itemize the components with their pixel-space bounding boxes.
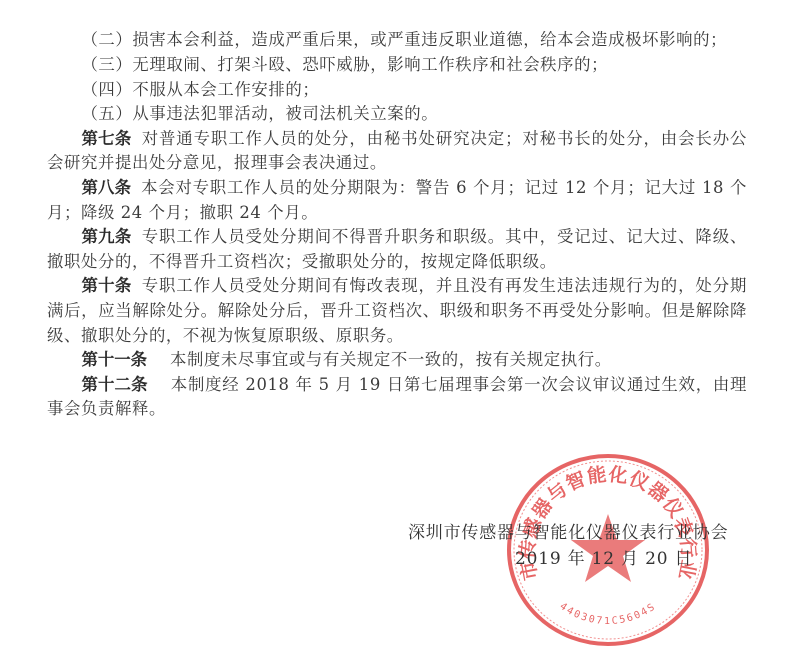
- article-11: 第十一条本制度未尽事宜或与有关规定不一致的，按有关规定执行。: [47, 348, 747, 373]
- signature-organization: 深圳市传感器与智能化仪器仪表行业协会: [408, 520, 748, 546]
- article-12-text: 本制度经 2018 年 5 月 19 日第七届理事会第一次会议审议通过生效，由理…: [47, 375, 747, 419]
- article-12: 第十二条本制度经 2018 年 5 月 19 日第七届理事会第一次会议审议通过生…: [47, 373, 747, 422]
- article-7-text: 对普通专职工作人员的处分，由秘书处研究决定；对秘书长的处分，由会长办公会研究并提…: [47, 129, 747, 173]
- article-12-heading: 第十二条: [81, 375, 147, 394]
- article-7-heading: 第七条: [81, 129, 131, 148]
- clause-item-2: （二）损害本会利益，造成严重后果，或严重违反职业道德，给本会造成极坏影响的；: [47, 27, 747, 53]
- article-9: 第九条专职工作人员受处分期间不得晋升职务和职级。其中，受记过、记大过、降级、撤职…: [47, 225, 747, 274]
- article-10: 第十条专职工作人员受处分期间有悔改表现，并且没有再发生违法违规行为的，处分期满后…: [47, 274, 747, 348]
- article-7: 第七条对普通专职工作人员的处分，由秘书处研究决定；对秘书长的处分，由会长办公会研…: [47, 127, 747, 176]
- article-9-text: 专职工作人员受处分期间不得晋升职务和职级。其中，受记过、记大过、降级、撤职处分的…: [47, 227, 747, 271]
- article-9-heading: 第九条: [81, 227, 131, 246]
- signature-block: 深圳市传感器与智能化仪器仪表行业协会 2019 年 12 月 20 日: [408, 520, 748, 572]
- document-page: （二）损害本会利益，造成严重后果，或严重违反职业道德，给本会造成极坏影响的； （…: [0, 0, 800, 653]
- article-11-heading: 第十一条: [81, 350, 147, 369]
- signature-date: 2019 年 12 月 20 日: [408, 546, 748, 572]
- article-10-heading: 第十条: [81, 276, 131, 295]
- article-8-heading: 第八条: [81, 178, 131, 197]
- svg-text:4403071C5604S: 4403071C5604S: [557, 601, 658, 627]
- document-body: （二）损害本会利益，造成严重后果，或严重违反职业道德，给本会造成极坏影响的； （…: [47, 27, 747, 422]
- clause-item-4: （四）不服从本会工作安排的；: [47, 78, 747, 103]
- article-11-text: 本制度未尽事宜或与有关规定不一致的，按有关规定执行。: [170, 350, 612, 369]
- article-8: 第八条本会对专职工作人员的处分期限为：警告 6 个月；记过 12 个月；记大过 …: [47, 176, 747, 225]
- clause-item-3: （三）无理取闹、打架斗殴、恐吓威胁，影响工作秩序和社会秩序的；: [47, 53, 747, 78]
- article-10-text: 专职工作人员受处分期间有悔改表现，并且没有再发生违法违规行为的，处分期满后，应当…: [47, 276, 747, 344]
- clause-item-5: （五）从事违法犯罪活动，被司法机关立案的。: [47, 102, 747, 127]
- article-8-text: 本会对专职工作人员的处分期限为：警告 6 个月；记过 12 个月；记大过 18 …: [47, 178, 747, 222]
